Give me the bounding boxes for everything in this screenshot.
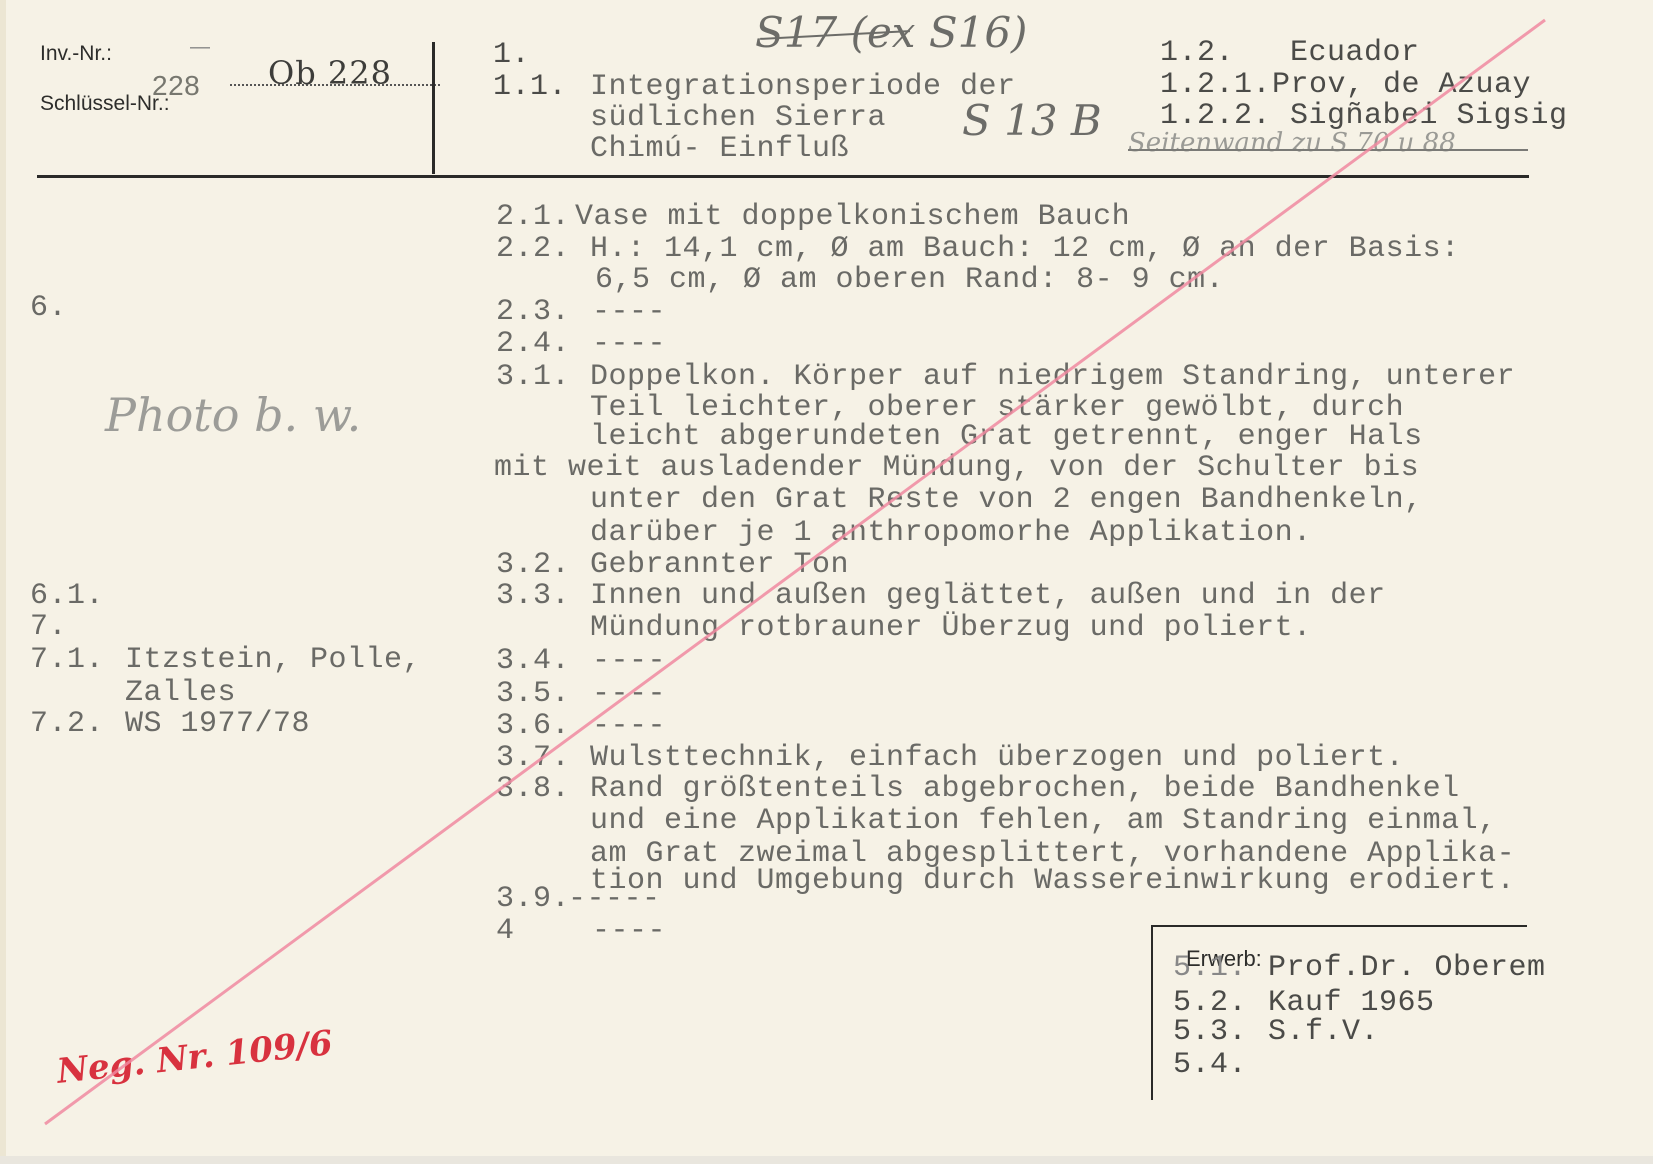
item-7-1-num: 7.1. [30, 645, 104, 676]
photo-note: Photo b. w. [105, 388, 361, 442]
handwritten-struck-note: Seitenwand zu S 70 u 88 [1128, 128, 1456, 158]
section-1-label: 1. [493, 40, 530, 71]
entry-3-1-line-4: mit weit ausladender Mündung, von der Sc… [494, 453, 1419, 484]
section-1-1-line-3: Chimú- Einfluß [590, 134, 849, 165]
entry-2-3-num: 2.3. [496, 297, 570, 328]
item-7-1-line-1: Itzstein, Polle, [125, 645, 421, 676]
item-7-1-line-2: Zalles [125, 678, 236, 709]
item-7: 7. [30, 612, 67, 643]
entry-3-7-num: 3.7. [496, 743, 570, 774]
entry-3-2-num: 3.2. [496, 550, 570, 581]
acquisition-text-1: Prof.Dr. Oberem [1268, 953, 1546, 984]
entry-4-num: 4 [496, 916, 515, 947]
inv-number-typed: 228 [152, 70, 200, 101]
entry-2-4-num: 2.4. [496, 329, 570, 360]
entry-3-8-num: 3.8. [496, 774, 570, 805]
entry-3-6-num: 3.6. [496, 711, 570, 742]
acquisition-num-4: 5.4. [1173, 1050, 1247, 1081]
entry-2-2-num: 2.2. [496, 234, 570, 265]
catalog-card: Inv.-Nr.: Schlüssel-Nr.: — 228 Ob 228 1.… [0, 0, 1653, 1158]
item-7-2-text: WS 1977/78 [125, 709, 310, 740]
entry-2-4-text: ---- [592, 329, 666, 360]
acquisition-num-3: 5.3. [1173, 1017, 1247, 1048]
section-1-1-line-1: Integrationsperiode der [590, 72, 1016, 103]
location-num-2: 1.2.1. [1160, 70, 1271, 101]
entry-2-1-num: 2.1. [496, 202, 570, 233]
entry-3-5-num: 3.5. [496, 679, 570, 710]
entry-3-8-line-2: und eine Applikation fehlen, am Standrin… [590, 806, 1497, 837]
inv-number-handwritten: Ob 228 [268, 54, 392, 92]
entry-3-1-line-1: Doppelkon. Körper auf niedrigem Standrin… [590, 362, 1515, 393]
entry-3-4-text: ---- [592, 646, 666, 677]
inv-label: Inv.-Nr.: [40, 42, 112, 66]
location-num-1: 1.2. [1160, 38, 1234, 69]
entry-2-3-text: ---- [592, 297, 666, 328]
header-rule [37, 175, 1529, 178]
entry-3-8-line-1: Rand größtenteils abgebrochen, beide Ban… [590, 774, 1460, 805]
item-6-1: 6.1. [30, 581, 104, 612]
entry-3-8-line-4: tion und Umgebung durch Wassereinwirkung… [590, 866, 1515, 897]
item-7-2-num: 7.2. [30, 709, 104, 740]
entry-3-1-line-6: darüber je 1 anthropomorhe Applikation. [590, 518, 1312, 549]
acquisition-top-rule [1152, 925, 1527, 927]
item-6: 6. [30, 293, 67, 324]
handwritten-classification-mid: S 13 B [962, 96, 1102, 145]
entry-3-5-text: ---- [592, 679, 666, 710]
header-divider [432, 42, 435, 174]
entry-3-9-num: 3.9. [496, 884, 570, 915]
entry-3-6-text: ---- [592, 711, 666, 742]
entry-3-3-line-2: Mündung rotbrauner Überzug und poliert. [590, 613, 1312, 644]
card-edge [0, 0, 6, 1158]
entry-3-2-text: Gebrannter Ton [590, 550, 849, 581]
entry-2-2-line-2: 6,5 cm, Ø am oberen Rand: 8- 9 cm. [595, 265, 1224, 296]
entry-3-1-line-5: unter den Grat Reste von 2 engen Bandhen… [590, 485, 1423, 516]
entry-3-7-text: Wulsttechnik, einfach überzogen und poli… [590, 743, 1404, 774]
card-bottom-edge [0, 1156, 1653, 1164]
location-text-2: Prov, de Azuay [1272, 70, 1531, 101]
dash-mark: — [190, 36, 210, 59]
entry-3-1-num: 3.1. [496, 362, 570, 393]
section-1-1-num: 1.1. [493, 72, 567, 103]
acquisition-text-3: S.f.V. [1268, 1017, 1379, 1048]
section-1-1-line-2: südlichen Sierra [590, 103, 886, 134]
entry-3-4-num: 3.4. [496, 646, 570, 677]
acquisition-left-rule [1151, 925, 1153, 1100]
strike-through-note [1128, 149, 1528, 151]
entry-3-3-line-1: Innen und außen geglättet, außen und in … [590, 581, 1386, 612]
entry-3-3-num: 3.3. [496, 581, 570, 612]
location-text-1: Ecuador [1290, 38, 1420, 69]
entry-2-1-text: Vase mit doppelkonischem Bauch [575, 202, 1130, 233]
key-label: Schlüssel-Nr.: [40, 92, 170, 116]
entry-4-text: ---- [592, 916, 666, 947]
acquisition-num-1: 5.1. [1173, 953, 1247, 984]
negative-number: Neg. Nr. 109/6 [55, 1023, 334, 1092]
entry-3-9-text: ----- [568, 884, 661, 915]
entry-2-2-line-1: H.: 14,1 cm, Ø am Bauch: 12 cm, Ø an der… [590, 234, 1460, 265]
entry-3-1-line-3: leicht abgerundeten Grat getrennt, enger… [590, 422, 1423, 453]
